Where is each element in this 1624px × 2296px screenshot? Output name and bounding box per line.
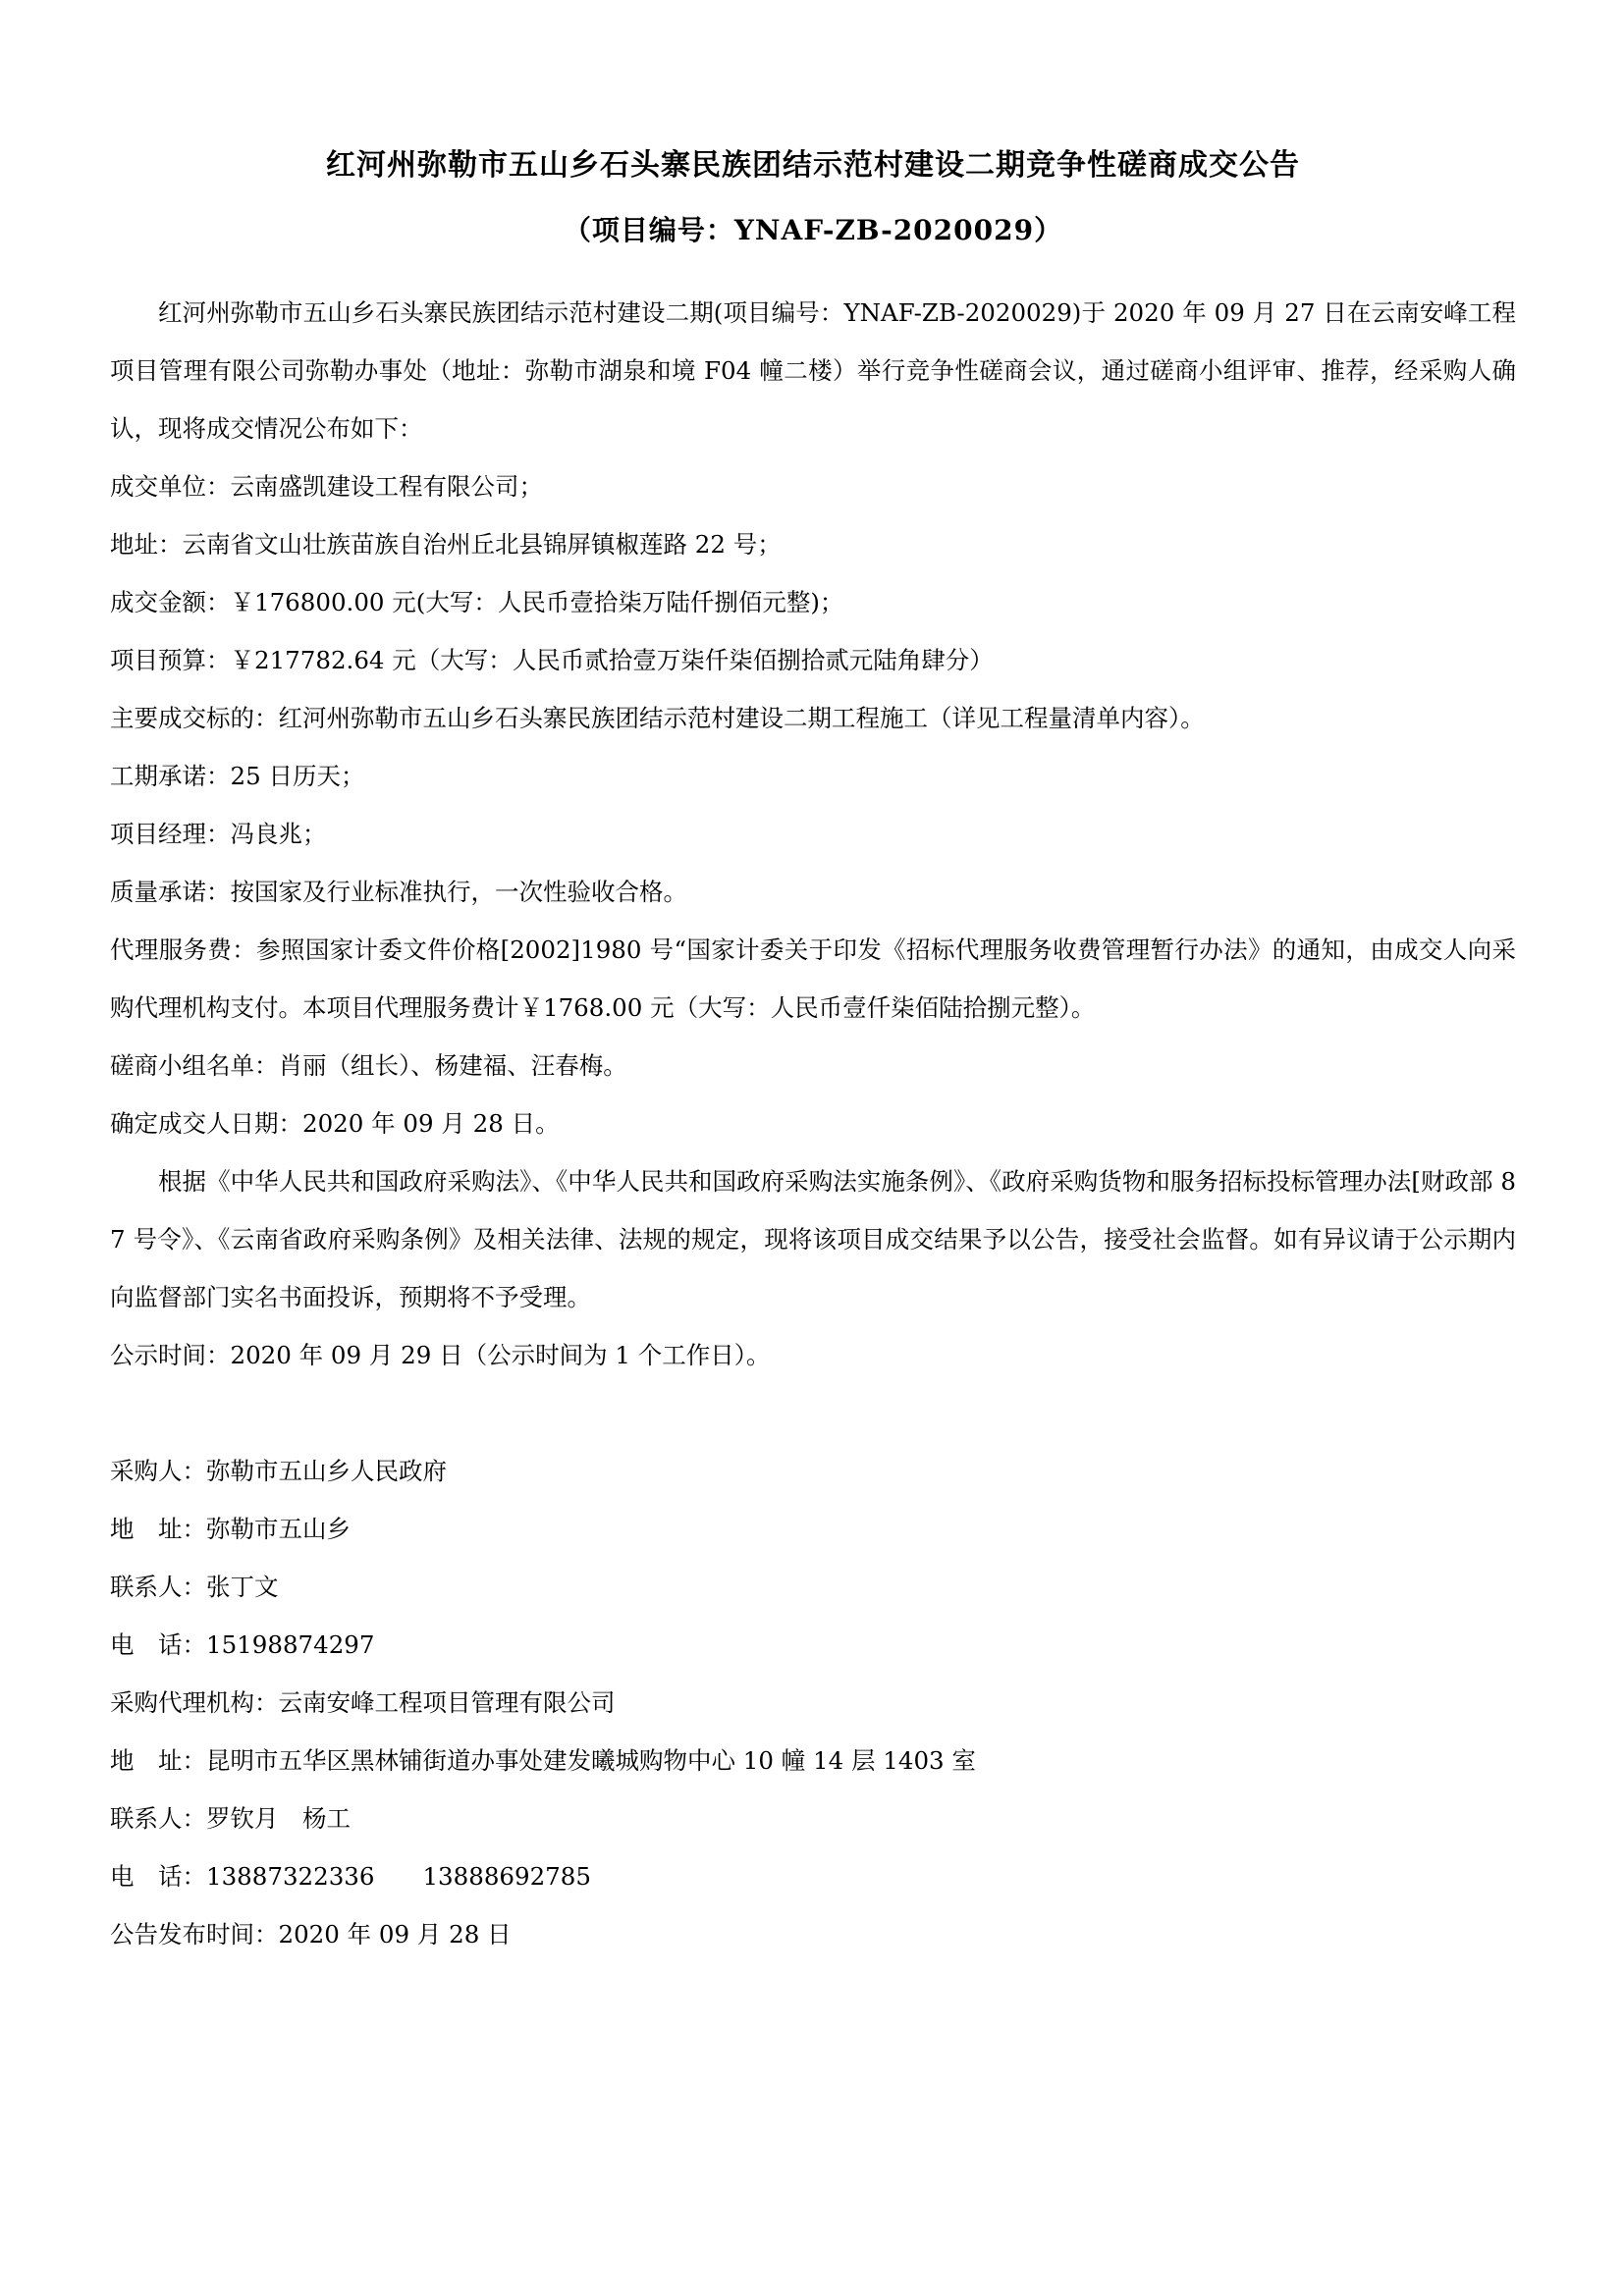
body-paragraph: 质量承诺：按国家及行业标准执行，一次性验收合格。 <box>110 863 1516 921</box>
body-paragraph: 成交金额：￥176800.00 元(大写：人民币壹拾柒万陆仟捌佰元整)； <box>110 573 1516 631</box>
blank-line <box>110 1384 1516 1442</box>
body-paragraph: 联系人：罗钦月 杨工 <box>110 1789 1516 1847</box>
project-number-subtitle: （项目编号：YNAF-ZB-2020029） <box>110 214 1516 247</box>
body-paragraph: 工期承诺：25 日历天； <box>110 747 1516 805</box>
body-paragraph: 成交单位：云南盛凯建设工程有限公司； <box>110 457 1516 515</box>
document-title: 红河州弥勒市五山乡石头寨民族团结示范村建设二期竞争性磋商成交公告 <box>110 147 1516 185</box>
body-paragraph: 地址：云南省文山壮族苗族自治州丘北县锦屏镇椒莲路 22 号； <box>110 515 1516 573</box>
body-paragraph: 红河州弥勒市五山乡石头寨民族团结示范村建设二期(项目编号：YNAF-ZB-202… <box>110 284 1516 457</box>
body-paragraph: 电 话：15198874297 <box>110 1616 1516 1674</box>
body-paragraph: 磋商小组名单：肖丽（组长）、杨建福、汪春梅。 <box>110 1037 1516 1095</box>
body-paragraph: 采购代理机构：云南安峰工程项目管理有限公司 <box>110 1674 1516 1732</box>
body-paragraph: 确定成交人日期：2020 年 09 月 28 日。 <box>110 1095 1516 1152</box>
body-paragraph: 电 话：13887322336 13888692785 <box>110 1847 1516 1905</box>
body-paragraph: 联系人：张丁文 <box>110 1558 1516 1616</box>
body-paragraph: 公示时间：2020 年 09 月 29 日（公示时间为 1 个工作日）。 <box>110 1326 1516 1384</box>
body-paragraph: 地 址：昆明市五华区黑林铺街道办事处建发曦城购物中心 10 幢 14 层 140… <box>110 1732 1516 1789</box>
body-paragraph: 代理服务费：参照国家计委文件价格[2002]1980 号“国家计委关于印发《招标… <box>110 921 1516 1037</box>
document-page: 红河州弥勒市五山乡石头寨民族团结示范村建设二期竞争性磋商成交公告 （项目编号：Y… <box>0 0 1624 2296</box>
body-paragraph: 根据《中华人民共和国政府采购法》、《中华人民共和国政府采购法实施条例》、《政府采… <box>110 1152 1516 1326</box>
document-body: 红河州弥勒市五山乡石头寨民族团结示范村建设二期(项目编号：YNAF-ZB-202… <box>110 284 1516 1963</box>
body-paragraph: 公告发布时间：2020 年 09 月 28 日 <box>110 1905 1516 1963</box>
body-paragraph: 地 址：弥勒市五山乡 <box>110 1500 1516 1558</box>
body-paragraph: 采购人：弥勒市五山乡人民政府 <box>110 1442 1516 1500</box>
body-paragraph: 项目预算：￥217782.64 元（大写：人民币贰拾壹万柒仟柒佰捌拾贰元陆角肆分… <box>110 631 1516 689</box>
body-paragraph: 项目经理：冯良兆； <box>110 805 1516 863</box>
body-paragraph: 主要成交标的：红河州弥勒市五山乡石头寨民族团结示范村建设二期工程施工（详见工程量… <box>110 689 1516 747</box>
